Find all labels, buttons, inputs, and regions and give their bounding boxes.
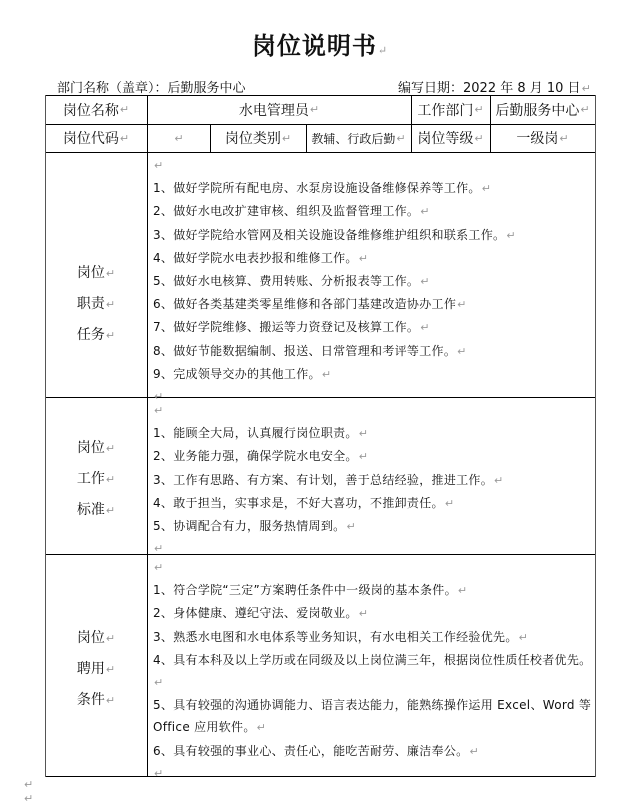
grade-value: 一级岗↵ xyxy=(490,124,595,152)
paragraph-mark-icon: ↵ xyxy=(457,298,467,311)
section-label-standards: 岗位↵ 工作↵ 标准↵ xyxy=(45,433,147,526)
list-item: 6、做好各类基建类零星维修和各部门基建改造协办工作↵ xyxy=(153,293,516,316)
table-border xyxy=(595,95,596,777)
paragraph-mark-icon: ↵ xyxy=(24,792,33,805)
paragraph-mark-icon: ↵ xyxy=(396,132,405,145)
list-item: 1、做好学院所有配电房、水泵房设施设备维修保养等工作。↵ xyxy=(153,177,516,200)
list-item: 3、工作有思路、有方案、有计划，善于总结经验，推进工作。↵ xyxy=(153,469,504,492)
paragraph-mark-icon: ↵ xyxy=(106,694,115,707)
paragraph-mark-icon: ↵ xyxy=(359,450,369,463)
position-code-label: 岗位代码↵ xyxy=(45,124,147,152)
paragraph-mark-icon: ↵ xyxy=(420,321,430,334)
work-dept-label: 工作部门↵ xyxy=(411,95,490,124)
list-item: 6、具有较强的事业心、责任心，能吃苦耐劳、廉洁奉公。↵ xyxy=(153,740,593,763)
duties-list: ↵ 1、做好学院所有配电房、水泵房设施设备维修保养等工作。↵ 2、做好水电改扩建… xyxy=(153,155,516,408)
paragraph-mark-icon: ↵ xyxy=(106,473,115,486)
paragraph-mark-icon: ↵ xyxy=(474,103,483,116)
list-item: 9、完成领导交办的其他工作。↵ xyxy=(153,363,516,386)
paragraph-mark-icon: ↵ xyxy=(359,607,369,620)
paragraph-mark-icon: ↵ xyxy=(378,44,388,57)
paragraph-mark-icon: ↵ xyxy=(106,442,115,455)
paragraph-mark-icon: ↵ xyxy=(494,474,504,487)
table-border xyxy=(45,152,596,153)
position-name-label: 岗位名称↵ xyxy=(45,95,147,124)
list-item: 7、做好学院维修、搬运等力资登记及核算工作。↵ xyxy=(153,316,516,339)
paragraph-mark-icon: ↵ xyxy=(24,778,33,791)
paragraph-mark-icon: ↵ xyxy=(106,632,115,645)
paragraph-mark-icon: ↵ xyxy=(359,427,369,440)
paragraph-mark-icon: ↵ xyxy=(469,745,479,758)
paragraph-mark-icon: ↵ xyxy=(106,298,115,311)
standards-list: ↵ 1、能顾全大局，认真履行岗位职责。↵ 2、业务能力强，确保学院水电安全。↵ … xyxy=(153,400,504,560)
paragraph-mark-icon: ↵ xyxy=(519,631,529,644)
paragraph-mark-icon: ↵ xyxy=(420,205,430,218)
paragraph-mark-icon: ↵ xyxy=(154,676,164,689)
paragraph-mark-icon: ↵ xyxy=(257,721,267,734)
paragraph-mark-icon: ↵ xyxy=(582,82,591,95)
paragraph-mark-icon: ↵ xyxy=(322,368,332,381)
list-item: 5、协调配合有力，服务热情周到。↵ xyxy=(153,515,504,538)
list-item: 4、做好学院水电表抄报和维修工作。↵ xyxy=(153,247,516,270)
paragraph-mark-icon: ↵ xyxy=(559,132,568,145)
paragraph-mark-icon: ↵ xyxy=(106,504,115,517)
table-border xyxy=(147,95,148,777)
paragraph-mark-icon: ↵ xyxy=(120,132,129,145)
paragraph-mark-icon: ↵ xyxy=(458,584,468,597)
list-item: 1、能顾全大局，认真履行岗位职责。↵ xyxy=(153,422,504,445)
paragraph-mark-icon: ↵ xyxy=(174,132,183,145)
date-line: 编写日期：2022 年 8 月 10 日↵ xyxy=(398,77,591,96)
position-code-value: ↵ xyxy=(147,124,210,152)
document-title: 岗位说明书↵ xyxy=(0,26,640,61)
position-name-value: 水电管理员↵ xyxy=(147,95,411,124)
paragraph-mark-icon: ↵ xyxy=(445,497,455,510)
list-item: 5、做好水电核算、费用转账、分析报表等工作。↵ xyxy=(153,270,516,293)
grade-label: 岗位等级↵ xyxy=(411,124,490,152)
list-item: 4、具有本科及以上学历或在同级及以上岗位满三年，根据岗位性质任校者优先。↵ xyxy=(153,649,593,694)
paragraph-mark-icon: ↵ xyxy=(120,103,129,116)
paragraph-mark-icon: ↵ xyxy=(282,132,291,145)
list-item: 5、具有较强的沟通协调能力、语言表达能力，能熟练操作运用 Excel、Word … xyxy=(153,694,593,739)
list-item: 1、符合学院“三定”方案聘任条件中一级岗的基本条件。↵ xyxy=(153,579,593,602)
empty-paragraph: ↵ xyxy=(154,400,504,422)
paragraph-mark-icon: ↵ xyxy=(420,275,430,288)
list-item: 2、做好水电改扩建审核、组织及监督管理工作。↵ xyxy=(153,200,516,223)
empty-paragraph: ↵ xyxy=(154,557,593,579)
requirements-list: ↵ 1、符合学院“三定”方案聘任条件中一级岗的基本条件。↵ 2、身体健康、遵纪守… xyxy=(153,557,593,785)
list-item: 2、身体健康、遵纪守法、爱岗敬业。↵ xyxy=(153,602,593,625)
list-item: 3、做好学院给水管网及相关设施设备维修维护组织和联系工作。↵ xyxy=(153,224,516,247)
paragraph-mark-icon: ↵ xyxy=(457,345,467,358)
paragraph-mark-icon: ↵ xyxy=(106,267,115,280)
paragraph-mark-icon: ↵ xyxy=(506,229,516,242)
work-dept-value: 后勤服务中心↵ xyxy=(490,95,595,124)
category-label: 岗位类别↵ xyxy=(210,124,306,152)
paragraph-mark-icon: ↵ xyxy=(106,329,115,342)
list-item: 2、业务能力强，确保学院水电安全。↵ xyxy=(153,445,504,468)
paragraph-mark-icon: ↵ xyxy=(482,182,492,195)
list-item: 4、敢于担当，实事求是，不好大喜功，不推卸责任。↵ xyxy=(153,492,504,515)
section-label-duties: 岗位↵ 职责↵ 任务↵ xyxy=(45,258,147,351)
empty-paragraph: ↵ xyxy=(154,763,593,785)
paragraph-mark-icon: ↵ xyxy=(359,252,369,265)
list-item: 3、熟悉水电图和水电体系等业务知识，有水电相关工作经验优先。↵ xyxy=(153,626,593,649)
paragraph-mark-icon: ↵ xyxy=(474,132,483,145)
paragraph-mark-icon: ↵ xyxy=(310,103,319,116)
paragraph-mark-icon: ↵ xyxy=(346,520,356,533)
paragraph-mark-icon: ↵ xyxy=(580,103,589,116)
category-value: 教辅、行政后勤↵ xyxy=(306,124,411,152)
empty-paragraph: ↵ xyxy=(154,155,516,177)
department-line: 部门名称（盖章）：后勤服务中心 xyxy=(57,77,246,96)
section-label-requirements: 岗位↵ 聘用↵ 条件↵ xyxy=(45,623,147,716)
list-item: 8、做好节能数据编制、报送、日常管理和考评等工作。↵ xyxy=(153,340,516,363)
paragraph-mark-icon: ↵ xyxy=(106,663,115,676)
